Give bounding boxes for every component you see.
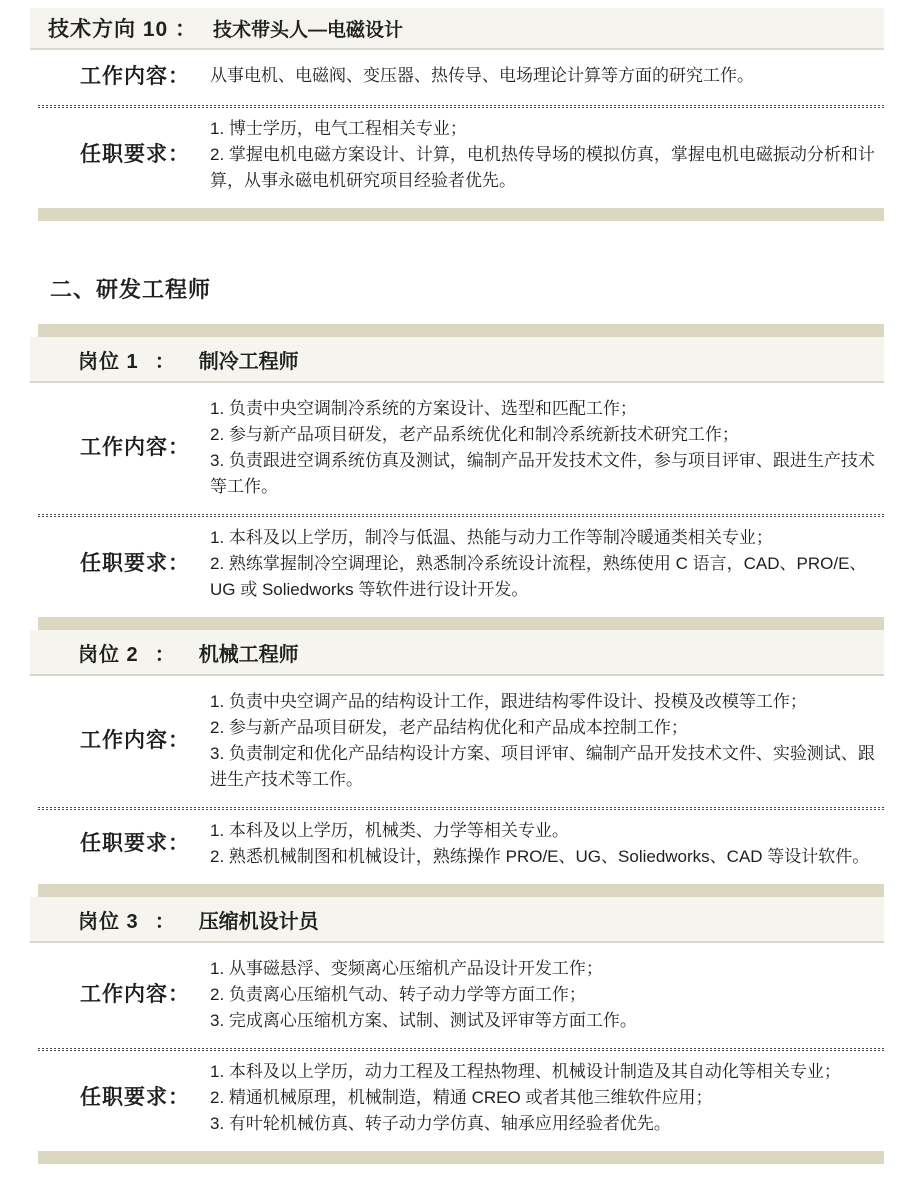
duties-label: 工作内容： (48, 727, 190, 755)
job-header-3: 岗位 3 ： 压缩机设计员 (30, 897, 884, 943)
duty-item: 1. 负责中央空调产品的结构设计工作，跟进结构零件设计、投模及改模等工作； (210, 689, 884, 715)
tech-requirements-row: 任职要求： 1. 博士学历，电气工程相关专业； 2. 掌握电机电磁方案设计、计算… (48, 116, 884, 194)
job-duties-row: 工作内容： 1. 负责中央空调产品的结构设计工作，跟进结构零件设计、投模及改模等… (48, 689, 884, 793)
duty-item: 3. 负责跟进空调系统仿真及测试，编制产品开发技术文件，参与项目评审、跟进生产技… (210, 448, 884, 500)
duties-content: 1. 从事磁悬浮、变频离心压缩机产品设计开发工作； 2. 负责离心压缩机气动、转… (210, 956, 884, 1034)
job-section-1: 岗位 1 ： 制冷工程师 工作内容： 1. 负责中央空调制冷系统的方案设计、选型… (0, 324, 904, 603)
duty-item: 2. 负责离心压缩机气动、转子动力学等方面工作； (210, 982, 884, 1008)
job-duties-row: 工作内容： 1. 从事磁悬浮、变频离心压缩机产品设计开发工作； 2. 负责离心压… (48, 956, 884, 1034)
job-label: 岗位 1 (78, 345, 139, 374)
tech-direction-title: 技术带头人—电磁设计 (213, 15, 403, 42)
requirements-content: 1. 本科及以上学历，动力工程及工程热物理、机械设计制造及其自动化等相关专业； … (210, 1059, 884, 1137)
section-separator-bar (38, 1151, 884, 1164)
section-separator-bar (38, 208, 884, 221)
duty-item: 1. 负责中央空调制冷系统的方案设计、选型和匹配工作； (210, 396, 884, 422)
duties-content: 从事电机、电磁阀、变压器、热传导、电场理论计算等方面的研究工作。 (210, 63, 884, 91)
job-requirements-row: 任职要求： 1. 本科及以上学历，机械类、力学等相关专业。 2. 熟悉机械制图和… (48, 818, 884, 870)
tech-duties-row: 工作内容： 从事电机、电磁阀、变压器、热传导、电场理论计算等方面的研究工作。 (48, 63, 884, 91)
section-separator-bar (38, 884, 884, 897)
section-separator-bar (38, 324, 884, 337)
duty-item: 2. 参与新产品项目研发，老产品系统优化和制冷系统新技术研究工作； (210, 422, 884, 448)
requirements-content: 1. 本科及以上学历，机械类、力学等相关专业。 2. 熟悉机械制图和机械设计，熟… (210, 818, 884, 870)
requirement-item: 2. 掌握电机电磁方案设计、计算，电机热传导场的模拟仿真，掌握电机电磁振动分析和… (210, 142, 884, 194)
dotted-divider (38, 105, 884, 108)
duties-label: 工作内容： (48, 434, 190, 462)
job-duties-row: 工作内容： 1. 负责中央空调制冷系统的方案设计、选型和匹配工作； 2. 参与新… (48, 396, 884, 500)
requirement-item: 2. 精通机械原理，机械制造，精通 CREO 或者其他三维软件应用； (210, 1085, 884, 1111)
duties-label: 工作内容： (48, 63, 190, 91)
job-colon: ： (155, 345, 175, 374)
job-requirements-row: 任职要求： 1. 本科及以上学历，制冷与低温、热能与动力工作等制冷暖通类相关专业… (48, 525, 884, 603)
requirements-content: 1. 本科及以上学历，制冷与低温、热能与动力工作等制冷暖通类相关专业； 2. 熟… (210, 525, 884, 603)
job-label: 岗位 3 (78, 905, 139, 934)
duty-item: 2. 参与新产品项目研发，老产品结构优化和产品成本控制工作； (210, 715, 884, 741)
requirement-item: 1. 本科及以上学历，动力工程及工程热物理、机械设计制造及其自动化等相关专业； (210, 1059, 884, 1085)
requirement-item: 1. 本科及以上学历，制冷与低温、热能与动力工作等制冷暖通类相关专业； (210, 525, 884, 551)
requirement-item: 1. 博士学历，电气工程相关专业； (210, 116, 884, 142)
job-requirements-row: 任职要求： 1. 本科及以上学历，动力工程及工程热物理、机械设计制造及其自动化等… (48, 1059, 884, 1137)
job-header-1: 岗位 1 ： 制冷工程师 (30, 337, 884, 383)
requirement-item: 2. 熟悉机械制图和机械设计，熟练操作 PRO/E、UG、Soliedworks… (210, 844, 884, 870)
requirement-item: 2. 熟练掌握制冷空调理论，熟悉制冷系统设计流程，熟练使用 C 语言，CAD、P… (210, 551, 884, 603)
job-colon: ： (155, 638, 175, 667)
dotted-divider (38, 514, 884, 517)
job-label: 岗位 2 (78, 638, 139, 667)
requirements-content: 1. 博士学历，电气工程相关专业； 2. 掌握电机电磁方案设计、计算，电机热传导… (210, 116, 884, 194)
job-title: 压缩机设计员 (199, 905, 319, 934)
job-section-3: 岗位 3 ： 压缩机设计员 工作内容： 1. 从事磁悬浮、变频离心压缩机产品设计… (0, 884, 904, 1164)
duty-item: 1. 从事磁悬浮、变频离心压缩机产品设计开发工作； (210, 956, 884, 982)
duties-label: 工作内容： (48, 981, 190, 1009)
requirement-item: 1. 本科及以上学历，机械类、力学等相关专业。 (210, 818, 884, 844)
job-colon: ： (155, 905, 175, 934)
tech-direction-label: 技术方向 10 ： (48, 13, 197, 43)
dotted-divider (38, 1048, 884, 1051)
requirements-label: 任职要求： (48, 550, 190, 578)
job-section-2: 岗位 2 ： 机械工程师 工作内容： 1. 负责中央空调产品的结构设计工作，跟进… (0, 617, 904, 870)
duties-content: 1. 负责中央空调产品的结构设计工作，跟进结构零件设计、投模及改模等工作； 2.… (210, 689, 884, 793)
tech-direction-header: 技术方向 10 ： 技术带头人—电磁设计 (30, 8, 884, 50)
duty-item: 3. 完成离心压缩机方案、试制、测试及评审等方面工作。 (210, 1008, 884, 1034)
duty-item: 从事电机、电磁阀、变压器、热传导、电场理论计算等方面的研究工作。 (210, 63, 884, 89)
requirement-item: 3. 有叶轮机械仿真、转子动力学仿真、轴承应用经验者优先。 (210, 1111, 884, 1137)
section-separator-bar (38, 617, 884, 630)
section-heading: 二、研发工程师 (50, 273, 904, 304)
job-title: 制冷工程师 (199, 345, 299, 374)
job-header-2: 岗位 2 ： 机械工程师 (30, 630, 884, 676)
requirements-label: 任职要求： (48, 1084, 190, 1112)
duty-item: 3. 负责制定和优化产品结构设计方案、项目评审、编制产品开发技术文件、实验测试、… (210, 741, 884, 793)
job-title: 机械工程师 (199, 638, 299, 667)
requirements-label: 任职要求： (48, 830, 190, 858)
dotted-divider (38, 807, 884, 810)
duties-content: 1. 负责中央空调制冷系统的方案设计、选型和匹配工作； 2. 参与新产品项目研发… (210, 396, 884, 500)
requirements-label: 任职要求： (48, 141, 190, 169)
